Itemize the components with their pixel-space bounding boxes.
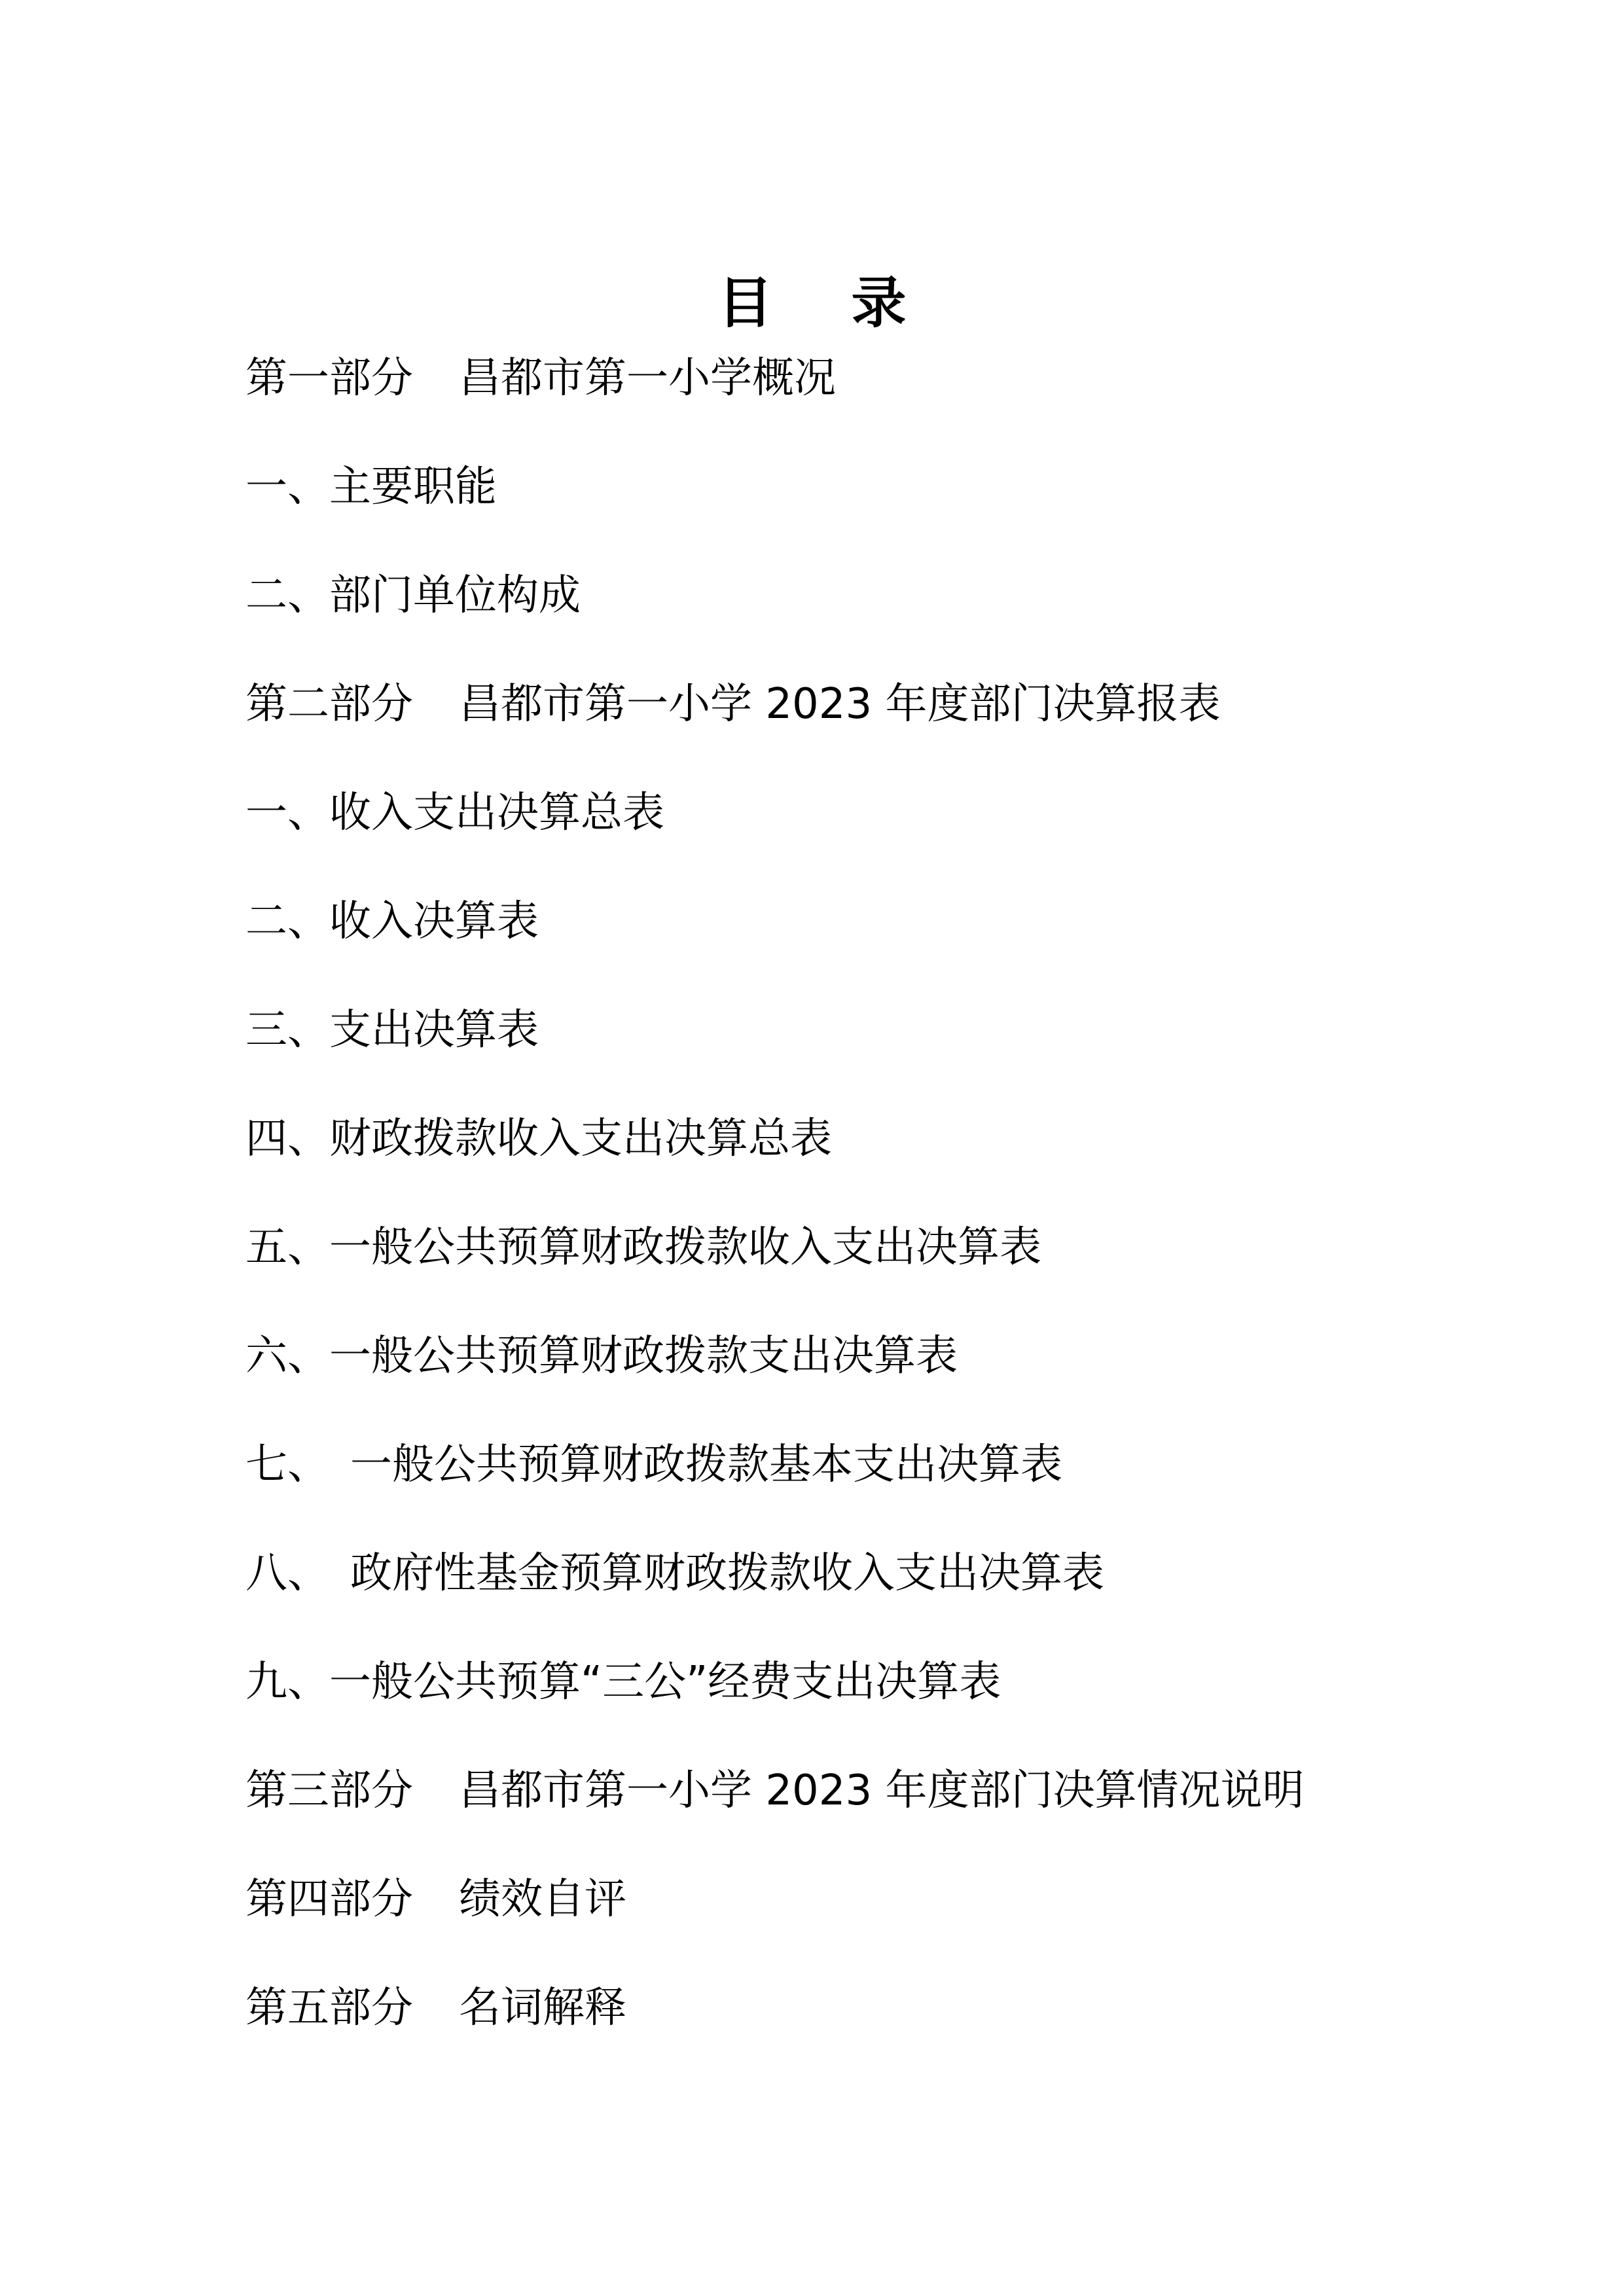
toc-label: 收入支出决算总表	[329, 789, 664, 837]
toc-prefix: 第一部分	[245, 346, 413, 411]
toc-part-5[interactable]: 第五部分名词解释	[245, 1975, 1489, 2084]
toc-item-general-budget-basic-expense[interactable]: 七、一般公共预算财政拨款基本支出决算表	[245, 1432, 1489, 1541]
toc-prefix: 二、	[245, 889, 329, 954]
toc-prefix: 二、	[245, 563, 329, 628]
toc-prefix: 一、	[245, 780, 329, 846]
table-of-contents: 第一部分昌都市第一小学概况 一、主要职能 二、部门单位构成 第二部分昌都市第一小…	[245, 346, 1489, 2084]
toc-prefix: 八、	[245, 1541, 329, 1606]
toc-item-income-table[interactable]: 二、收入决算表	[245, 889, 1489, 997]
toc-item-three-public-expenses[interactable]: 九、一般公共预算“三公”经费支出决算表	[245, 1649, 1489, 1758]
toc-part-1[interactable]: 第一部分昌都市第一小学概况	[245, 346, 1489, 454]
toc-prefix: 五、	[245, 1215, 329, 1280]
toc-item-government-fund-budget[interactable]: 八、政府性基金预算财政拨款收入支出决算表	[245, 1541, 1489, 1649]
toc-prefix: 第三部分	[245, 1758, 413, 1823]
toc-label: 支出决算表	[329, 1006, 539, 1054]
toc-label: 政府性基金预算财政拨款收入支出决算表	[350, 1549, 1104, 1598]
toc-label: 一般公共预算“三公”经费支出决算表	[329, 1658, 1001, 1706]
toc-item-income-expense-summary[interactable]: 一、收入支出决算总表	[245, 780, 1489, 889]
toc-item-department-composition[interactable]: 二、部门单位构成	[245, 563, 1489, 672]
toc-part-4[interactable]: 第四部分绩效自评	[245, 1867, 1489, 1975]
toc-item-main-functions[interactable]: 一、主要职能	[245, 454, 1489, 563]
toc-label: 收入决算表	[329, 897, 539, 946]
toc-prefix: 第五部分	[245, 1975, 413, 2041]
toc-label: 主要职能	[329, 463, 497, 511]
toc-part-3[interactable]: 第三部分昌都市第一小学 2023 年度部门决算情况说明	[245, 1758, 1489, 1867]
toc-label: 昌都市第一小学 2023 年度部门决算情况说明	[459, 1767, 1305, 1815]
toc-prefix: 六、	[245, 1323, 329, 1389]
toc-prefix: 第四部分	[245, 1867, 413, 1932]
toc-prefix: 第二部分	[245, 672, 413, 737]
toc-label: 财政拨款收入支出决算总表	[329, 1115, 832, 1163]
toc-prefix: 三、	[245, 997, 329, 1063]
toc-item-general-budget-expense[interactable]: 六、一般公共预算财政拨款支出决算表	[245, 1323, 1489, 1432]
toc-prefix: 九、	[245, 1649, 329, 1715]
toc-label: 一般公共预算财政拨款基本支出决算表	[350, 1441, 1062, 1489]
toc-label: 一般公共预算财政拨款支出决算表	[329, 1332, 958, 1380]
toc-item-general-budget-income-expense[interactable]: 五、一般公共预算财政拨款收入支出决算表	[245, 1215, 1489, 1323]
page-title-char-1: 目	[717, 270, 772, 335]
toc-prefix: 七、	[245, 1432, 329, 1498]
page-title: 目录	[0, 259, 1624, 338]
toc-part-2[interactable]: 第二部分昌都市第一小学 2023 年度部门决算报表	[245, 672, 1489, 780]
toc-item-fiscal-appropriation-summary[interactable]: 四、财政拨款收入支出决算总表	[245, 1106, 1489, 1215]
toc-item-expense-table[interactable]: 三、支出决算表	[245, 997, 1489, 1106]
page-title-char-2: 录	[852, 270, 907, 335]
toc-label: 绩效自评	[459, 1875, 626, 1924]
toc-label: 昌都市第一小学概况	[459, 354, 836, 403]
toc-label: 名词解释	[459, 1984, 626, 2032]
toc-label: 一般公共预算财政拨款收入支出决算表	[329, 1223, 1041, 1272]
toc-label: 部门单位构成	[329, 571, 581, 620]
toc-prefix: 四、	[245, 1106, 329, 1172]
toc-label: 昌都市第一小学 2023 年度部门决算报表	[459, 680, 1221, 728]
toc-prefix: 一、	[245, 454, 329, 520]
